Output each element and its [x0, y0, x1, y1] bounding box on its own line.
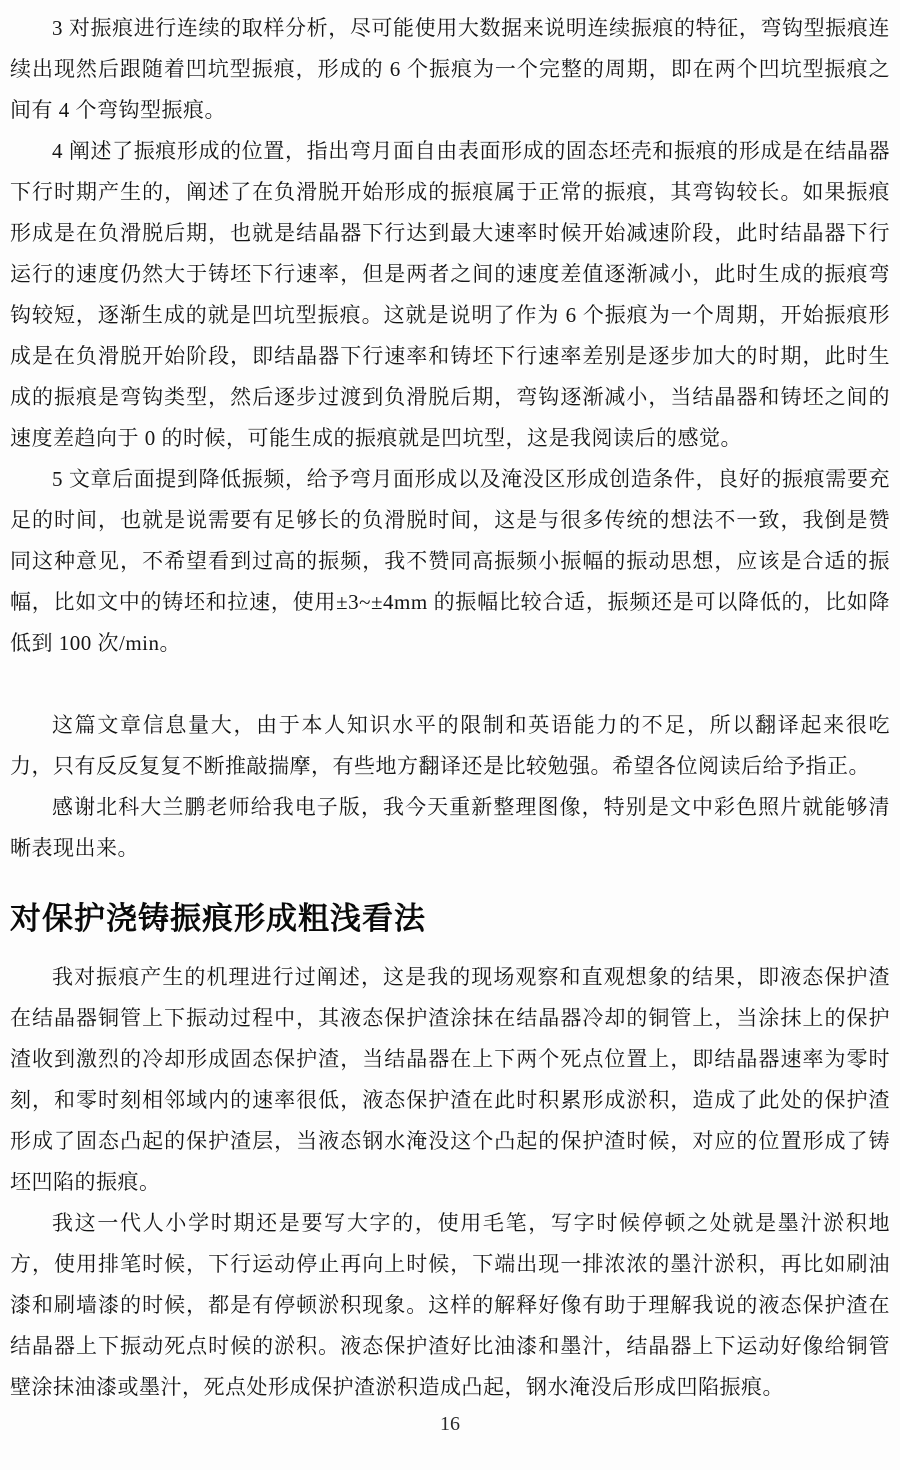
- paragraph-point-3: 3 对振痕进行连续的取样分析，尽可能使用大数据来说明连续振痕的特征，弯钩型振痕连…: [10, 8, 890, 131]
- paragraph-ink-analogy: 我这一代人小学时期还是要写大字的，使用毛笔，写字时候停顿之处就是墨汁淤积地方，使…: [10, 1203, 890, 1408]
- paragraph-point-5: 5 文章后面提到降低振频，给予弯月面形成以及淹没区形成创造条件，良好的振痕需要充…: [10, 459, 890, 664]
- paragraph-point-4: 4 阐述了振痕形成的位置，指出弯月面自由表面形成的固态坯壳和振痕的形成是在结晶器…: [10, 131, 890, 459]
- paragraph-acknowledgement: 感谢北科大兰鹏老师给我电子版，我今天重新整理图像，特别是文中彩色照片就能够清晰表…: [10, 787, 890, 869]
- document-page: 3 对振痕进行连续的取样分析，尽可能使用大数据来说明连续振痕的特征，弯钩型振痕连…: [0, 0, 900, 1470]
- section-heading: 对保护浇铸振痕形成粗浅看法: [10, 899, 890, 939]
- paragraph-mechanism-view: 我对振痕产生的机理进行过阐述，这是我的现场观察和直观想象的结果，即液态保护渣在结…: [10, 957, 890, 1203]
- paragraph-translation-note: 这篇文章信息量大，由于本人知识水平的限制和英语能力的不足，所以翻译起来很吃力，只…: [10, 705, 890, 787]
- page-number: 16: [0, 1412, 900, 1436]
- document-text-block: 3 对振痕进行连续的取样分析，尽可能使用大数据来说明连续振痕的特征，弯钩型振痕连…: [10, 8, 890, 1408]
